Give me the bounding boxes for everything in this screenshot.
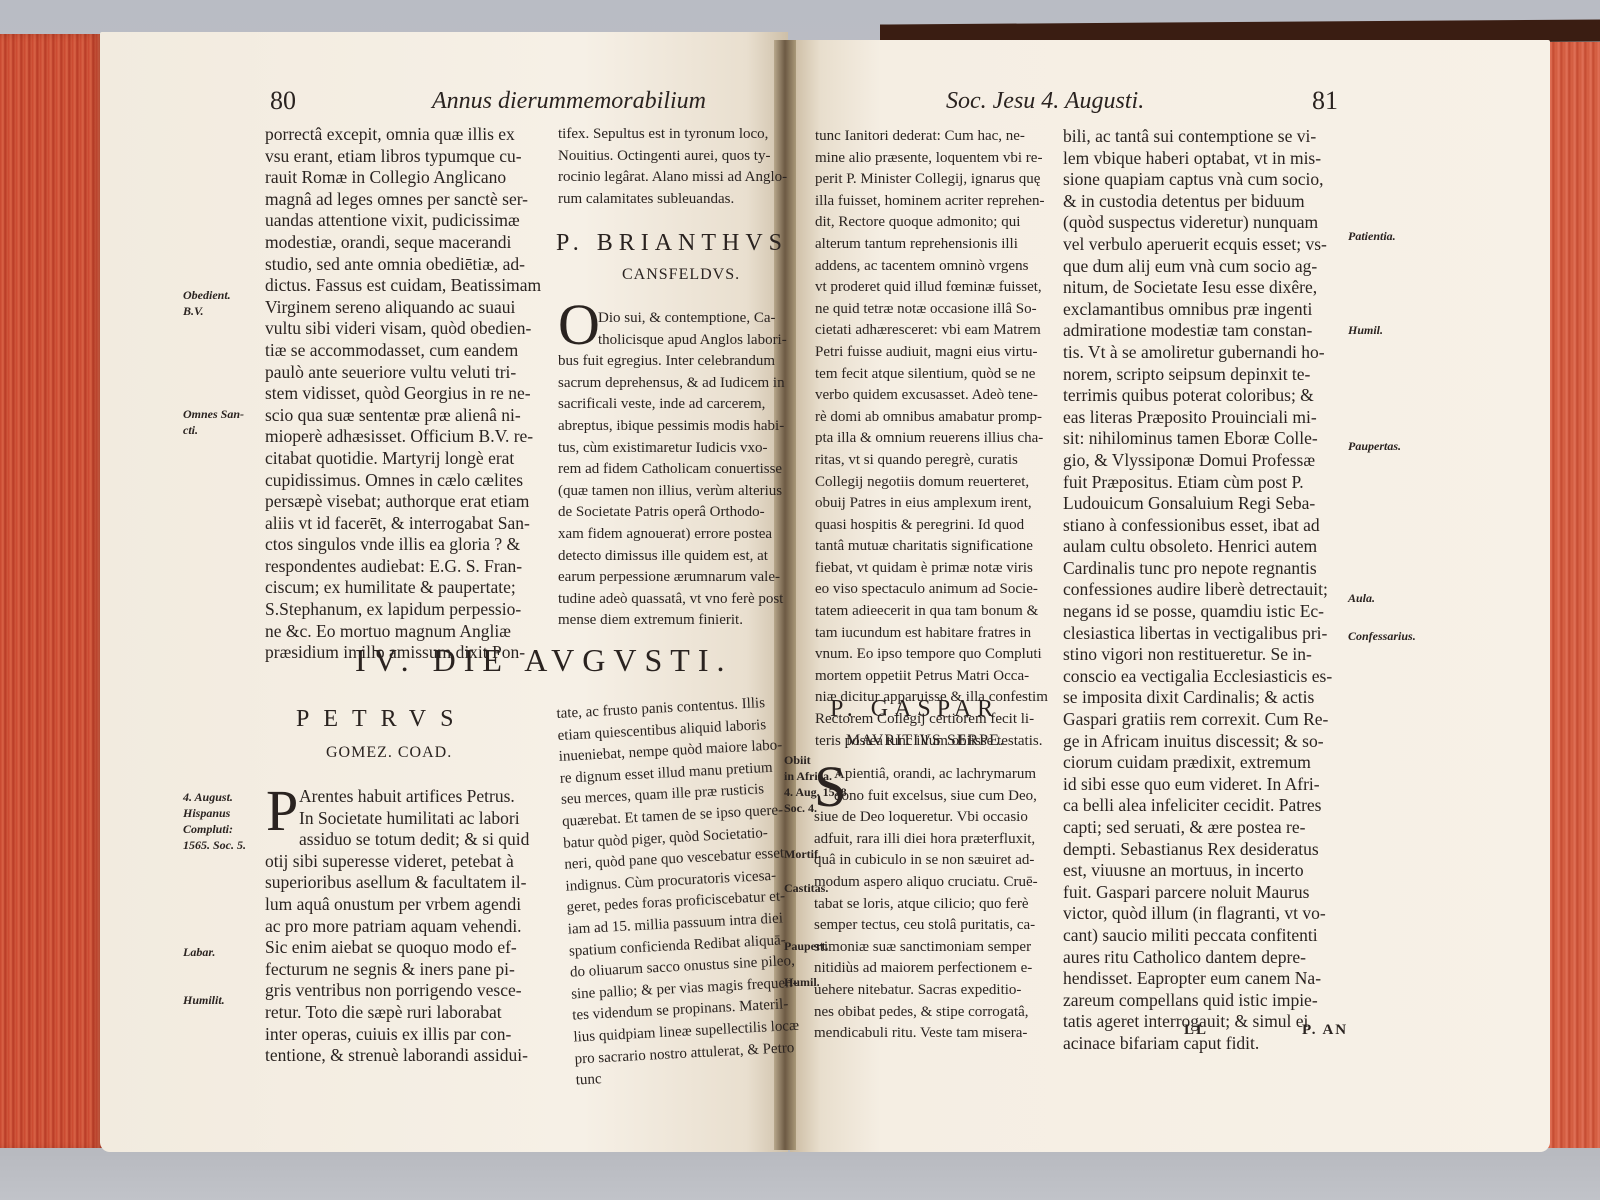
margin-note: Obedient.B.V.	[183, 287, 231, 319]
left-col1-text: porrectâ excepit, omnia quæ illis exvsu …	[265, 124, 541, 664]
text-line: eo viso spectaculo animum ad Socie-	[815, 579, 1048, 601]
margin-note: Mortif.	[784, 846, 821, 862]
text-line: rè domi ab omnibus amabatur promp-	[815, 407, 1048, 429]
text-line: capti; sed seruati, & ære postea re-	[1063, 817, 1332, 839]
text-line: de Societate Patris operâ Orthodo-	[558, 502, 787, 524]
margin-note: Aula.	[1348, 590, 1375, 606]
text-line: id sibi esse quo eum videret. In Afri-	[1063, 774, 1332, 796]
text-line: clesiastica libertas in vectigalibus pri…	[1063, 623, 1332, 645]
text-line: mortem oppetiit Petrus Matri Occa-	[815, 666, 1048, 688]
text-line: tis. Vt à se amoliretur gubernandi ho-	[1063, 342, 1332, 364]
text-line: nes obibat pedes, & stipe corrogatâ,	[814, 1002, 1038, 1024]
text-line: vnum. Eo ipso tempore quo Compluti	[815, 644, 1048, 666]
text-line: respondentes audiebat: E.G. S. Fran-	[265, 556, 541, 578]
text-line: nitum, de Societate Iesu esse dixêre,	[1063, 277, 1332, 299]
text-line: stino vigori non restitueretur. Se in-	[1063, 644, 1332, 666]
briant-name-heading: P. BRIANTHVS	[556, 230, 788, 257]
text-line: earum perpessione ærumnarum vale-	[558, 567, 787, 589]
text-line: stem vidisset, quòd Georgius in re ne-	[265, 383, 541, 405]
text-line: vt proderet quid illud fœminæ fuisset,	[815, 277, 1048, 299]
text-line: rem ad fidem Catholicam conuertisse	[558, 459, 787, 481]
day-heading: IV. DIE AVGVSTI.	[355, 642, 733, 679]
text-line: tatem adieecerit in qua tam bonum &	[815, 601, 1048, 623]
text-line: Arentes habuit artifices Petrus.	[265, 786, 529, 808]
text-line: (quòd suspectus videretur) nunquam	[1063, 212, 1332, 234]
text-line: persæpè visebat; authorque erat etiam	[265, 491, 541, 513]
page-edge-left-red	[0, 34, 102, 1150]
text-line: hendisset. Eapropter eum canem Na-	[1063, 968, 1332, 990]
text-line: bus fuit egregius. Inter celebrandum	[558, 351, 787, 373]
text-line: modum aspero aliquo cruciatu. Cruē-	[814, 872, 1038, 894]
right-col2-text: bili, ac tantâ sui contemptione se vi-le…	[1063, 126, 1332, 1055]
text-line: tunc Ianitori dederat: Cum hac, ne-	[815, 126, 1048, 148]
margin-note: Confessarius.	[1348, 628, 1416, 644]
margin-note: 4. August.HispanusCompluti:1565. Soc. 5.	[183, 789, 246, 853]
text-line: zareum compellans quid istic impie-	[1063, 990, 1332, 1012]
petrus-surname-heading: GOMEZ. COAD.	[326, 744, 452, 762]
margin-note: Humilit.	[183, 992, 225, 1008]
text-line: perit P. Minister Collegij, ignarus quę	[815, 169, 1048, 191]
catchword: P. AN	[1302, 1022, 1348, 1039]
text-line: gio, & Vlyssiponæ Domui Professæ	[1063, 450, 1332, 472]
margin-note: Paupert.	[784, 938, 828, 954]
text-line: rocinio legârat. Alano missi ad Anglo-	[558, 167, 787, 189]
text-line: sacrum deprehensus, & ad Iudicem in	[558, 373, 787, 395]
text-line: ca belli alea infeliciter cecidit. Patre…	[1063, 795, 1332, 817]
text-line: cant) saucio militi peccata confitenti	[1063, 925, 1332, 947]
text-line: uandas attentione vixit, pudicissimæ	[265, 210, 541, 232]
open-book: 80 Annus dierummemorabilium porrectâ exc…	[0, 0, 1600, 1200]
signature-mark: LL	[1184, 1022, 1208, 1039]
text-line: ge in Africam inuitus discessit; & so-	[1063, 731, 1332, 753]
text-line: inter operas, cuiuis ex illis par con-	[265, 1024, 529, 1046]
text-line: semper tectus, ceu stolâ puritatis, ca-	[814, 915, 1038, 937]
text-line: addens, ac tacentem omninò vrgens	[815, 256, 1048, 278]
text-line: conscio ea vectigalia Ecclesiasticis es-	[1063, 666, 1332, 688]
margin-note: Humil.	[1348, 322, 1383, 338]
margin-note: Paupertas.	[1348, 438, 1401, 454]
text-line: mense diem extremum finierit.	[558, 610, 787, 632]
text-line: & in custodia detentus per biduum	[1063, 191, 1332, 213]
right-running-head: Soc. Jesu 4. Augusti.	[946, 88, 1144, 115]
text-line: confessiones audire liberè detrectauit;	[1063, 579, 1332, 601]
text-line: bili, ac tantâ sui contemptione se vi-	[1063, 126, 1332, 148]
text-line: siue de Deo loqueretur. Vbi occasio	[814, 807, 1038, 829]
text-line: In Societate humilitati ac labori	[265, 808, 529, 830]
text-line: scio qua suæ sententæ præ alienâ ni-	[265, 405, 541, 427]
text-line: xam fidem agnouerat) errore postea	[558, 524, 787, 546]
left-running-head: Annus dierummemorabilium	[432, 88, 706, 115]
text-line: tantâ mutuæ charitatis significatione	[815, 536, 1048, 558]
margin-note: Omnes San-cti.	[183, 406, 244, 438]
text-line: quâ in cubiculo in se non sæuiret ad-	[814, 850, 1038, 872]
gaspar-surname-heading: MAVRITIVS SERPE.	[846, 732, 1005, 750]
text-line: adfuit, rara illi diei hora præterfluxit…	[814, 829, 1038, 851]
text-line: otij sibi superesse videret, petebat à	[265, 851, 529, 873]
text-line: stiano à confessionibus esset, ibat ad	[1063, 515, 1332, 537]
text-line: tifex. Sepultus est in tyronum loco,	[558, 124, 787, 146]
text-line: assiduo se totum dedit; & si quid	[265, 829, 529, 851]
text-line: superioribus asellum & facultatem il-	[265, 872, 529, 894]
text-line: abreptus, ibique pessimis modis habi-	[558, 416, 787, 438]
text-line: aures ritu Catholico dantem depre-	[1063, 947, 1332, 969]
text-line: Petri fuisse audiuit, magni eius virtu-	[815, 342, 1048, 364]
text-line: dit, Rectore quoque admonito; qui	[815, 212, 1048, 234]
text-line: tus, cùm existimaretur Iudicis vxo-	[558, 438, 787, 460]
text-line: citabat quotidie. Martyrij longè erat	[265, 448, 541, 470]
margin-note: Labar.	[183, 944, 215, 960]
text-line: nitidiùs ad maiorem perfectionem e-	[814, 958, 1038, 980]
text-line: fuit. Gaspari parcere noluit Maurus	[1063, 882, 1332, 904]
text-line: dempti. Sebastianus Rex desideratus	[1063, 839, 1332, 861]
text-line: verbo quidem excusasset. Adeò tene-	[815, 385, 1048, 407]
text-line: modestiæ, orandi, seque macerandi	[265, 232, 541, 254]
text-line: illa fuisset, hominem acriter reprehen-	[815, 191, 1048, 213]
text-line: aliis vt id facerēt, & interrogabat San-	[265, 513, 541, 535]
right-col1-text: tunc Ianitori dederat: Cum hac, ne-mine …	[815, 126, 1048, 752]
text-line: vsu erant, etiam libros typumque cu-	[265, 146, 541, 168]
text-line: fecturum ne segnis & iners pane pi-	[265, 959, 529, 981]
text-line: mioperè adhæsisset. Officium B.V. re-	[265, 426, 541, 448]
margin-note: Patientia.	[1348, 228, 1396, 244]
text-line: ctos singulos vnde illis ea gloria ? &	[265, 534, 541, 556]
text-line: vultu sibi videri visam, quòd obedien-	[265, 318, 541, 340]
text-line: ritas, vt si quando peregrè, curatis	[815, 450, 1048, 472]
text-line: Virginem sereno aliquando ac suaui	[265, 297, 541, 319]
text-line: obuij Patres in eius amplexum irent,	[815, 493, 1048, 515]
gaspar-name-heading: P. GASPAR	[830, 696, 999, 723]
text-line: mendicabuli ritu. Veste tam misera-	[814, 1023, 1038, 1045]
text-line: exclamantibus omnibus præ ingenti	[1063, 299, 1332, 321]
text-line: que dum alij eum vnà cum socio ag-	[1063, 256, 1332, 278]
text-line: admiratione modestiæ tam constan-	[1063, 320, 1332, 342]
text-line: studio, sed ante omnia obediētiæ, ad-	[265, 254, 541, 276]
text-line: paulò ante seueriore vultu veluti tri-	[265, 362, 541, 384]
text-line: uehere nitebatur. Sacras expeditio-	[814, 980, 1038, 1002]
text-line: sacrificali veste, inde ad carcerem,	[558, 394, 787, 416]
text-line: porrectâ excepit, omnia quæ illis ex	[265, 124, 541, 146]
text-line: tabat se loris, atque cilicio; quo ferè	[814, 894, 1038, 916]
text-line: Apientiâ, orandi, ac lachrymarum	[814, 764, 1038, 786]
text-line: ciscum; ex humilitate & paupertate;	[265, 577, 541, 599]
petrus-col1-text: Arentes habuit artifices Petrus.In Socie…	[265, 786, 529, 1067]
right-page-number: 81	[1312, 86, 1338, 116]
text-line: fiebat, vt quidam è primæ notæ viris	[815, 558, 1048, 580]
margin-note: Humil.	[784, 974, 820, 990]
text-line: Dio sui, & contemptione, Ca-	[558, 308, 787, 330]
text-line: Collegij negotiis domum reuerteret,	[815, 472, 1048, 494]
text-line: mine alio præsente, loquentem vbi re-	[815, 148, 1048, 170]
margin-note: Obiitin Africa.4. Aug. 1578Soc. 4.	[784, 752, 847, 816]
text-line: detecto dimissus ille quidem est, at	[558, 546, 787, 568]
text-line: magnâ ad leges omnes per sanctè ser-	[265, 189, 541, 211]
text-line: ciorum cuidam prædixit, extremum	[1063, 752, 1332, 774]
text-line: dictus. Fassus est cuidam, Beatissimam	[265, 275, 541, 297]
text-line: est, viuusne an mortuus, in incerto	[1063, 860, 1332, 882]
text-line: retur. Toto die sæpè ruri laborabat	[265, 1002, 529, 1024]
text-line: vel verbulo aperuerit ecquis esset; vs-	[1063, 234, 1332, 256]
petrus-name-heading: PETRVS	[296, 706, 467, 733]
text-line: dono fuit excelsus, siue cum Deo,	[814, 786, 1038, 808]
text-line: fuit Præpositus. Etiam cùm post P.	[1063, 472, 1332, 494]
text-line: ne quid tetræ notæ occasione illâ So-	[815, 299, 1048, 321]
text-line: eas literas Præposito Prouinciali mi-	[1063, 407, 1332, 429]
text-line: norem, scripto seipsum depinxit te-	[1063, 364, 1332, 386]
text-line: sione quapiam captus vnà cum socio,	[1063, 169, 1332, 191]
text-line: lum aquâ onustum per vrbem agendi	[265, 894, 529, 916]
text-line: lem vbique haberi optabat, vt in mis-	[1063, 148, 1332, 170]
text-line: alterum tantum reprehensionis illi	[815, 234, 1048, 256]
text-line: Nouitius. Octingenti aurei, quos ty-	[558, 146, 787, 168]
briant-surname-heading: CANSFELDVS.	[622, 266, 740, 284]
text-line: se imposita dixit Cardinalis; & actis	[1063, 687, 1332, 709]
text-line: aulam cultu obsoleto. Henrici autem	[1063, 536, 1332, 558]
text-line: rum calamitates subleuandas.	[558, 189, 787, 211]
text-line: cupidissimus. Omnes in cælo cælites	[265, 470, 541, 492]
text-line: gris ventribus non porrigendo vesce-	[265, 980, 529, 1002]
text-line: Ludouicum Gonsaluium Regi Seba-	[1063, 493, 1332, 515]
text-line: Gaspari gratiis rem correxit. Cum Re-	[1063, 709, 1332, 731]
text-line: cietati adhæresceret: vbi eam Matrem	[815, 320, 1048, 342]
gaspar-text: Apientiâ, orandi, ac lachrymarumdono fui…	[814, 764, 1038, 1045]
briant-text: Dio sui, & contemptione, Ca-tholicisque …	[558, 308, 787, 632]
text-line: tam iucundum est habitare fratres in	[815, 623, 1048, 645]
left-page-number: 80	[270, 86, 296, 116]
text-line: Cardinalis tunc pro nepote regnantis	[1063, 558, 1332, 580]
text-line: stimoniæ suæ sanctimoniam semper	[814, 937, 1038, 959]
petrus-col2-text: tate, ac frusto panis contentus. Illiset…	[556, 692, 803, 1092]
text-line: sit: nihilominus tamen Eboræ Colle-	[1063, 428, 1332, 450]
text-line: ne &c. Eo mortuo magnum Angliæ	[265, 621, 541, 643]
text-line: terrimis quibus poterat coloribus; &	[1063, 385, 1332, 407]
text-line: negans id se posse, quamdiu istic Ec-	[1063, 601, 1332, 623]
text-line: tentione, & strenuè laborandi assidui-	[265, 1045, 529, 1067]
margin-note: Castitas.	[784, 880, 828, 896]
page-edge-right-red	[1548, 42, 1600, 1152]
text-line: tem fecit atque silentium, quòd se ne	[815, 364, 1048, 386]
text-line: (quæ tamen non illius, verùm alterius	[558, 481, 787, 503]
text-line: pta illa & omnium reuerens illius cha-	[815, 428, 1048, 450]
text-line: victor, quòd illum (in flagranti, vt vo-	[1063, 903, 1332, 925]
text-line: S.Stephanum, ex lapidum perpessio-	[265, 599, 541, 621]
text-line: ac pro more patriam aquam vehendi.	[265, 916, 529, 938]
text-line: rauit Romæ in Collegio Anglicano	[265, 167, 541, 189]
text-line: Sic enim aiebat se quoquo modo ef-	[265, 937, 529, 959]
table-surface	[0, 1148, 1600, 1200]
text-line: tholicisque apud Anglos labori-	[558, 330, 787, 352]
text-line: quasi hospitis & peregrini. Id quod	[815, 515, 1048, 537]
left-col2-text: tifex. Sepultus est in tyronum loco,Noui…	[558, 124, 787, 210]
text-line: tiæ se accommodasset, cum eandem	[265, 340, 541, 362]
text-line: tudine adeò quassatâ, vt vno ferè post	[558, 589, 787, 611]
